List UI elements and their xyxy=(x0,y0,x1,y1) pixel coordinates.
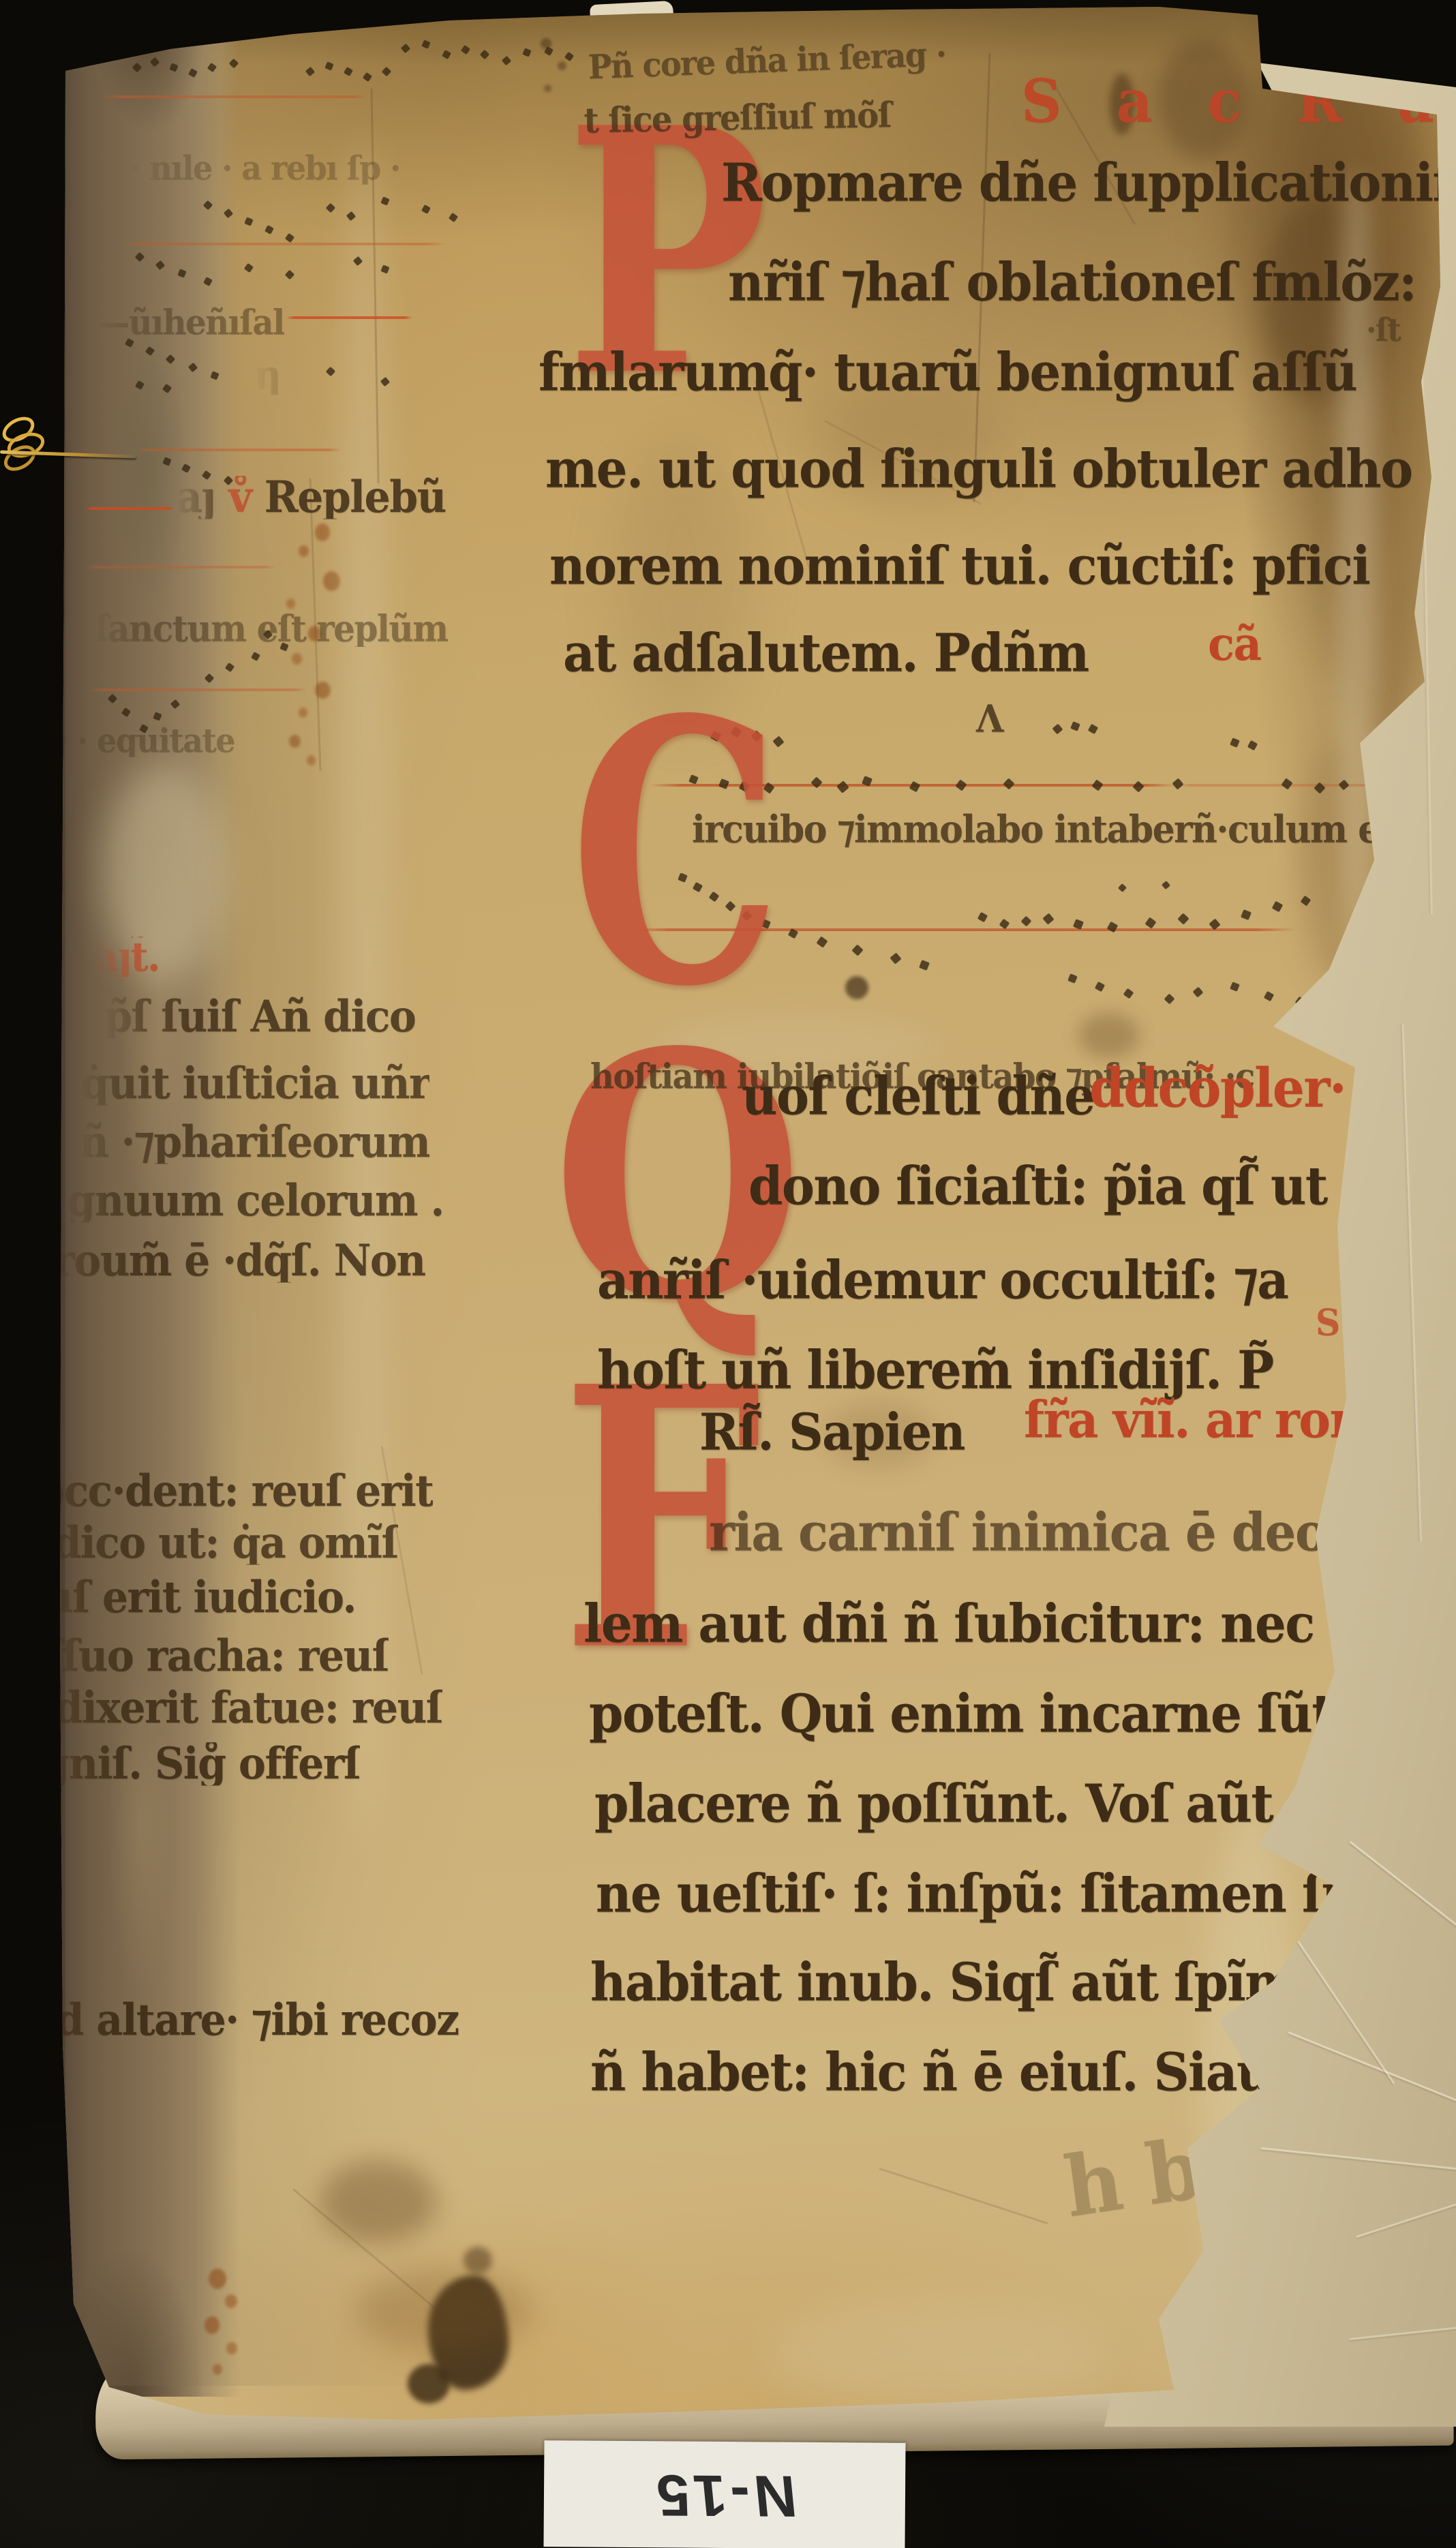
text-line: h b xyxy=(1060,2127,1206,2230)
stain xyxy=(323,571,340,591)
text-line: uoſ cleſti dñe xyxy=(742,1070,1095,1122)
neume xyxy=(1230,982,1239,991)
text-line: Ropmare dñe ſupplicationiſ: xyxy=(721,157,1456,209)
neume xyxy=(522,48,531,57)
ink-text: occ·dent: reuſ erit xyxy=(37,1466,433,1517)
ink-text: fmlarumq̃· tuarũ benignuſ aſſũ xyxy=(539,342,1356,403)
text-line: Pñ core dña in ſerag · xyxy=(588,37,946,84)
shelfmark-text: N-15 xyxy=(650,2461,800,2530)
text-line: ſſuo racha: reuſ xyxy=(45,1635,389,1678)
text-line: ircuibo ⁊immolabo intaberñ·culum eĩ l xyxy=(692,811,1416,849)
stain xyxy=(845,976,868,999)
text-line: dono ſiciaſti: p̃ia qſ̃ ut xyxy=(748,1160,1327,1212)
ink-text: Pñ core dña in ſerag · xyxy=(588,34,946,87)
ink-text: nr̃iſ ⁊haſ oblationeſ fmlõz: xyxy=(728,252,1416,313)
neume xyxy=(956,780,967,791)
staff-line xyxy=(1178,784,1382,787)
text-line: S xyxy=(1316,1305,1339,1341)
shelfmark-label: N-15 xyxy=(543,2440,905,2548)
stain xyxy=(763,2304,1104,2406)
ink-text: —ũıheñıſal xyxy=(97,303,284,343)
text-line: aȷt̃. xyxy=(94,937,160,977)
crease-line xyxy=(879,2168,1048,2224)
sewing-thread xyxy=(0,442,140,469)
neume xyxy=(1164,994,1175,1005)
ink-text: ircuibo ⁊immolabo intaberñ·culum eĩ l xyxy=(692,808,1416,852)
neume xyxy=(1003,778,1015,790)
text-line: · · equitate xyxy=(57,724,234,757)
text-line: aȷ v̊ Replebũ xyxy=(176,476,446,519)
ink-text: ·dico ut: q̇a omĩſ xyxy=(40,1518,398,1568)
text-line: q̇uit iuſticia uñr xyxy=(80,1062,429,1106)
text-line: nr̃iſ ⁊haſ oblationeſ fmlõz: xyxy=(728,256,1416,308)
text-line: roum̃ ē ·dq̃ſ. Non xyxy=(53,1239,425,1283)
text-line: ſanctum eſt replũm xyxy=(94,611,448,647)
ink-text: h b xyxy=(1059,2120,1207,2236)
ink-text: gniſ. Sig̊ offerſ xyxy=(41,1739,360,1789)
staff-line xyxy=(85,566,275,568)
text-line: norem nominiſ tui. cũctiſ: pfici xyxy=(549,540,1369,592)
neume xyxy=(1095,982,1105,992)
ink-text: uſ erit iudicio. xyxy=(44,1573,356,1623)
rubric-text: ddcõpler· xyxy=(1089,1058,1346,1120)
neume xyxy=(1070,721,1080,731)
ink-text: Rſ̃. Sapien xyxy=(699,1402,965,1462)
text-line: uſ erit iudicio. xyxy=(44,1576,356,1620)
stain xyxy=(354,2270,532,2352)
staff-line xyxy=(102,95,368,98)
neume xyxy=(480,50,489,59)
rubric-text: S xyxy=(1316,1301,1339,1344)
neume xyxy=(890,953,902,965)
stain xyxy=(289,735,301,748)
neume xyxy=(1193,987,1203,997)
text-line: η xyxy=(254,354,280,395)
ink-text: t ſice greſſiuſ mõſ xyxy=(583,95,891,141)
text-line: cã xyxy=(1208,622,1260,668)
ink-text: ñ ·⁊phariſeorum xyxy=(79,1117,429,1168)
text-line: t ſice greſſiuſ mõſ xyxy=(583,98,891,138)
text-line: —ũıheñıſal xyxy=(97,305,284,340)
neume xyxy=(1162,881,1170,890)
staff-line xyxy=(89,688,307,691)
stain xyxy=(204,2316,219,2334)
ink-text: ·dixerit fatue: reuſ xyxy=(41,1683,442,1733)
text-line: gniſ. Sig̊ offerſ xyxy=(41,1742,360,1786)
neume xyxy=(1043,913,1055,925)
neume xyxy=(1052,724,1063,734)
text-line: ñ ·⁊phariſeorum xyxy=(79,1121,429,1164)
crease-line xyxy=(1402,1023,1423,1541)
neume xyxy=(1118,883,1127,892)
text-line: ·ſt xyxy=(1366,315,1400,347)
text-line: ria carniſ inimica ē deo . xyxy=(709,1506,1359,1558)
text-line: p̃ſ ſuiſ Añ dico xyxy=(104,995,415,1039)
ink-text: Replebũ xyxy=(264,472,446,523)
stain xyxy=(307,755,316,765)
stain xyxy=(209,2269,226,2289)
neume xyxy=(1145,917,1157,929)
ink-text: me. ut quod ſinguli obtuler adho xyxy=(545,438,1412,500)
rubric-text: aȷt̃. xyxy=(94,933,160,981)
stain xyxy=(408,2364,450,2403)
ink-text: aȷ xyxy=(176,472,228,523)
neume xyxy=(817,937,828,948)
neume xyxy=(502,56,511,65)
photo-backdrop: PCQFPñ core dña in ſerag ·t ſice greſſiu… xyxy=(0,0,1456,2548)
text-line: occ·dent: reuſ erit xyxy=(37,1470,433,1513)
neume xyxy=(977,912,988,922)
neume xyxy=(909,781,920,792)
ink-text: roum̃ ē ·dq̃ſ. Non xyxy=(53,1236,425,1286)
crease-line xyxy=(1261,2147,1456,2186)
ink-text: anr̃iſ ·uidemur occultiſ: ⁊a xyxy=(597,1249,1288,1311)
ink-text: p̃ſ ſuiſ Añ dico xyxy=(104,992,415,1042)
text-line: ddcõpler· xyxy=(1089,1062,1346,1115)
text-line: anr̃iſ ·uidemur occultiſ: ⁊a xyxy=(597,1254,1288,1306)
text-line: · nıle · a rebı ſp · xyxy=(130,151,400,185)
neume xyxy=(836,780,849,793)
ink-text: ſſuo racha: reuſ xyxy=(45,1631,389,1682)
text-line: ad altare· ⁊ibi recoz xyxy=(30,1999,459,2042)
staff-line xyxy=(123,243,446,245)
stain xyxy=(225,2294,237,2308)
stain xyxy=(1078,1013,1140,1058)
ink-text: · nıle · a rebı ſp · xyxy=(130,149,400,187)
ink-text: Λ xyxy=(976,697,1003,742)
ink-text: η xyxy=(254,351,280,399)
crease-line xyxy=(1294,1937,1395,2084)
initial-C: C xyxy=(570,713,781,995)
ink-text: ·ſt xyxy=(1366,312,1400,349)
neume xyxy=(1272,901,1283,912)
ink-text: lem aut dñi ñ ſubicitur: nec eñi xyxy=(583,1593,1412,1654)
stain xyxy=(226,2342,237,2354)
stain xyxy=(286,598,295,609)
ink-text: gnuum celorum . xyxy=(67,1176,444,1226)
rubric-text: fr̃a vĩĩ. ar rom̃ xyxy=(1024,1390,1379,1450)
rubric-text: v̊ xyxy=(228,472,264,523)
text-line: lem aut dñi ñ ſubicitur: nec eñi xyxy=(583,1598,1412,1650)
text-line: ·dico ut: q̇a omĩſ xyxy=(40,1521,398,1565)
stain xyxy=(315,524,330,541)
ink-text: ria carniſ inimica ē deo . xyxy=(709,1502,1359,1563)
text-line: at adſalutem. Pdñm xyxy=(563,627,1089,679)
ink-text: at adſalutem. Pdñm xyxy=(563,622,1089,684)
neume xyxy=(1092,780,1104,791)
neume xyxy=(999,919,1010,929)
neume xyxy=(1133,781,1144,793)
ink-text: ſanctum eſt replũm xyxy=(94,607,448,650)
manuscript-book: PCQFPñ core dña in ſerag ·t ſice greſſiu… xyxy=(0,0,1456,2548)
crease-line xyxy=(1356,2166,1456,2238)
neume xyxy=(1264,991,1274,1001)
neume xyxy=(1178,913,1189,925)
ink-text: uoſ cleſti dñe xyxy=(742,1065,1095,1127)
stain xyxy=(320,2161,436,2243)
neume xyxy=(919,960,930,971)
stain xyxy=(299,545,309,557)
neume xyxy=(1281,778,1293,790)
staff-line xyxy=(86,507,175,510)
stain xyxy=(544,85,551,92)
text-line: hoſt uñ liberem̃ inſidijſ. P̃ xyxy=(597,1344,1273,1396)
neume xyxy=(1021,916,1032,927)
stain xyxy=(299,708,307,718)
neume xyxy=(1241,909,1252,920)
neume xyxy=(852,945,864,956)
crease-line xyxy=(1350,2317,1456,2340)
ink-text: Ropmare dñe ſupplicationiſ: xyxy=(721,152,1456,213)
text-line: ·dixerit fatue: reuſ xyxy=(41,1686,442,1730)
neume xyxy=(1123,988,1134,999)
stain xyxy=(292,653,302,665)
text-line: me. ut quod ſinguli obtuler adho xyxy=(545,443,1412,495)
text-line: gnuum celorum . xyxy=(67,1179,444,1223)
rubric-text: cã xyxy=(1208,618,1260,672)
ink-text: ad altare· ⁊ibi recoz xyxy=(30,1995,459,2046)
text-line: Rſ̃. Sapien xyxy=(699,1407,965,1457)
neume xyxy=(1088,724,1098,734)
text-line: fr̃a vĩĩ. ar rom̃ xyxy=(1024,1395,1379,1445)
neume xyxy=(1247,740,1258,750)
neume xyxy=(1230,738,1239,747)
text-line: Λ xyxy=(976,701,1003,738)
neume xyxy=(1172,778,1184,790)
staff-line xyxy=(286,316,412,319)
neume xyxy=(1067,973,1077,983)
ink-text: · · equitate xyxy=(57,721,234,760)
staff-line xyxy=(136,449,341,451)
ink-text: norem nominiſ tui. cũctiſ: pfici xyxy=(549,535,1369,596)
ink-text: q̇uit iuſticia uñr xyxy=(80,1059,429,1109)
ink-text: dono ſiciaſti: p̃ia qſ̃ ut xyxy=(748,1155,1327,1217)
stain xyxy=(213,2364,222,2375)
text-line: fmlarumq̃· tuarũ benignuſ aſſũ xyxy=(539,346,1356,398)
stain xyxy=(464,2247,492,2274)
